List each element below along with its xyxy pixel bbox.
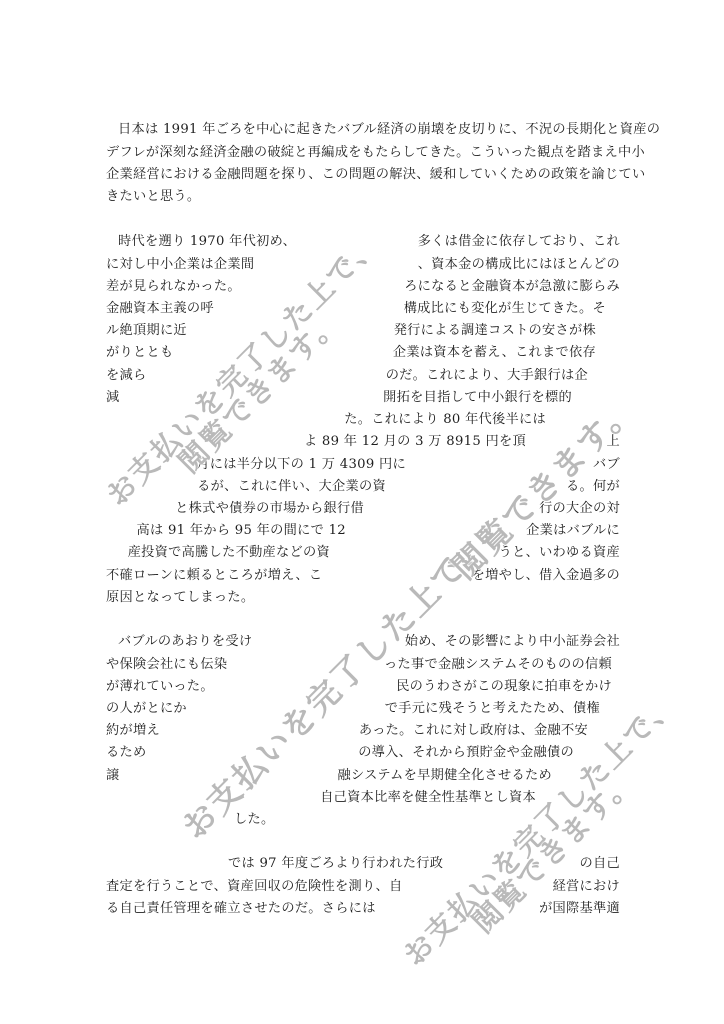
p2-line-16-far: を増やし、借入金過多の bbox=[472, 566, 620, 586]
p3-line-2-left: や保険会社にも伝染 bbox=[106, 655, 227, 675]
p2-line-2-left: に対し中小企業は企業間 bbox=[106, 255, 254, 275]
p2-line-6-left: がりととも bbox=[106, 343, 173, 363]
p2-line-17-left: 原因となってしまった。 bbox=[106, 588, 254, 608]
p4-line-2-left: 査定を行うことで、資産回収の危険性を測り、自 bbox=[106, 877, 402, 897]
p2-line-9-right: た。これにより 80 年代後半には bbox=[344, 410, 546, 430]
p2-line-5-left: ル絶頂期に近 bbox=[106, 321, 187, 341]
p2-line-10-right: よ 89 年 12 月の 3 万 8915 円を頂 bbox=[304, 432, 526, 452]
p3-line-6-left: るため bbox=[106, 743, 146, 763]
p3-line-6-right: の導入、それから預貯金や金融債の bbox=[358, 743, 574, 763]
p2-line-8-left: 減 bbox=[106, 388, 120, 408]
p3-line-1-right: 始め、その影響により中小証券会社 bbox=[405, 632, 620, 652]
p3-line-3-left: が薄れていった。 bbox=[106, 677, 214, 697]
p2-line-2-right: 、資本金の構成比にはほとんどの bbox=[418, 255, 620, 275]
p3-line-9-right: した。 bbox=[234, 810, 274, 830]
p2-line-6-right: 企業は資本を蓄え、これまで依存 bbox=[393, 343, 596, 363]
p3-line-4-right: で手元に残そうと考えたため、債権 bbox=[385, 699, 600, 719]
p2-line-8-right: 開拓を目指して中小銀行を標的 bbox=[383, 388, 572, 408]
p4-line-1-right: では 97 年度ごろより行われた行政 bbox=[228, 854, 443, 874]
p2-line-15-far: うと、いわゆる資産 bbox=[499, 543, 620, 563]
p3-line-7-right: 融システムを早期健全化させるため bbox=[338, 766, 552, 786]
p4-line-2-far: 経営におけ bbox=[553, 877, 620, 897]
p3-line-7-left: 譲 bbox=[106, 766, 120, 786]
p3-line-4-left: の人がとにか bbox=[106, 699, 187, 719]
p3-line-5-left: 約が増え bbox=[106, 721, 160, 741]
p4-line-3-left: る自己責任管理を確立させたのだ。さらには bbox=[106, 899, 376, 919]
p2-line-5-right: 発行による調達コストの安さが株 bbox=[394, 321, 596, 341]
p1-line-2: デフレが深刻な経済金融の破綻と再編成をもたらしてきた。こういった観点を踏まえ中小 bbox=[106, 143, 645, 163]
p2-line-4-left: 金融資本主義の呼 bbox=[106, 299, 214, 319]
p2-line-1-left: 時代を遡り 1970 年代初め、 bbox=[118, 232, 296, 252]
p2-line-3-right: ろになると金融資本が急激に膨らみ bbox=[404, 277, 620, 297]
p1-line-4: きたいと思う。 bbox=[106, 187, 200, 207]
p4-line-1-far: の自己 bbox=[580, 854, 620, 874]
p1-line-3: 企業経営における金融問題を探り、この問題の解決、緩和していくための政策を論じてい bbox=[106, 165, 646, 185]
p2-line-15-right: 産投資で高騰した不動産などの資 bbox=[128, 543, 330, 563]
p1-line-1: 日本は 1991 年ごろを中心に起きたバブル経済の崩壊を皮切りに、不況の長期化と… bbox=[118, 120, 660, 140]
p3-line-1-left: バブルのあおりを受け bbox=[118, 632, 252, 652]
p2-line-14-right: 高は 91 年から 95 年の間にで 12 bbox=[137, 521, 346, 541]
p3-line-3-right: 民のうわさがこの現象に拍車をかけ bbox=[396, 677, 612, 697]
p3-line-8-right: 自己資本比率を健全性基準とし資本 bbox=[320, 788, 536, 808]
p2-line-12-right: るが、これに伴い、大企業の資 bbox=[197, 477, 386, 497]
p3-line-5-right: あった。これに対し政府は、金融不安 bbox=[359, 721, 588, 741]
p2-line-1-right: 多くは借金に依存しており、これ bbox=[418, 232, 620, 252]
p2-line-16-left: 不確ローンに頼るところが増え、こ bbox=[106, 566, 322, 586]
p2-line-3-left: 差が見られなかった。 bbox=[106, 277, 241, 297]
p2-line-13-right: と株式や債券の市場から銀行借 bbox=[175, 499, 364, 519]
document-page: 日本は 1991 年ごろを中心に起きたバブル経済の崩壊を皮切りに、不況の長期化と… bbox=[0, 0, 724, 1024]
p3-line-2-right: った事で金融システムそのものの信頼 bbox=[384, 655, 612, 675]
p2-line-7-right: のだ。これにより、大手銀行は企 bbox=[386, 366, 588, 386]
p2-line-7-left: を減ら bbox=[106, 366, 146, 386]
p2-line-11-right: 月には半分以下の 1 万 4309 円に bbox=[196, 455, 406, 475]
p2-line-4-right: 構成比にも変化が生じてきた。そ bbox=[404, 299, 606, 319]
p2-line-14-far: 企業はバブルに bbox=[526, 521, 620, 541]
p4-line-3-far: が国際基準適 bbox=[539, 899, 620, 919]
